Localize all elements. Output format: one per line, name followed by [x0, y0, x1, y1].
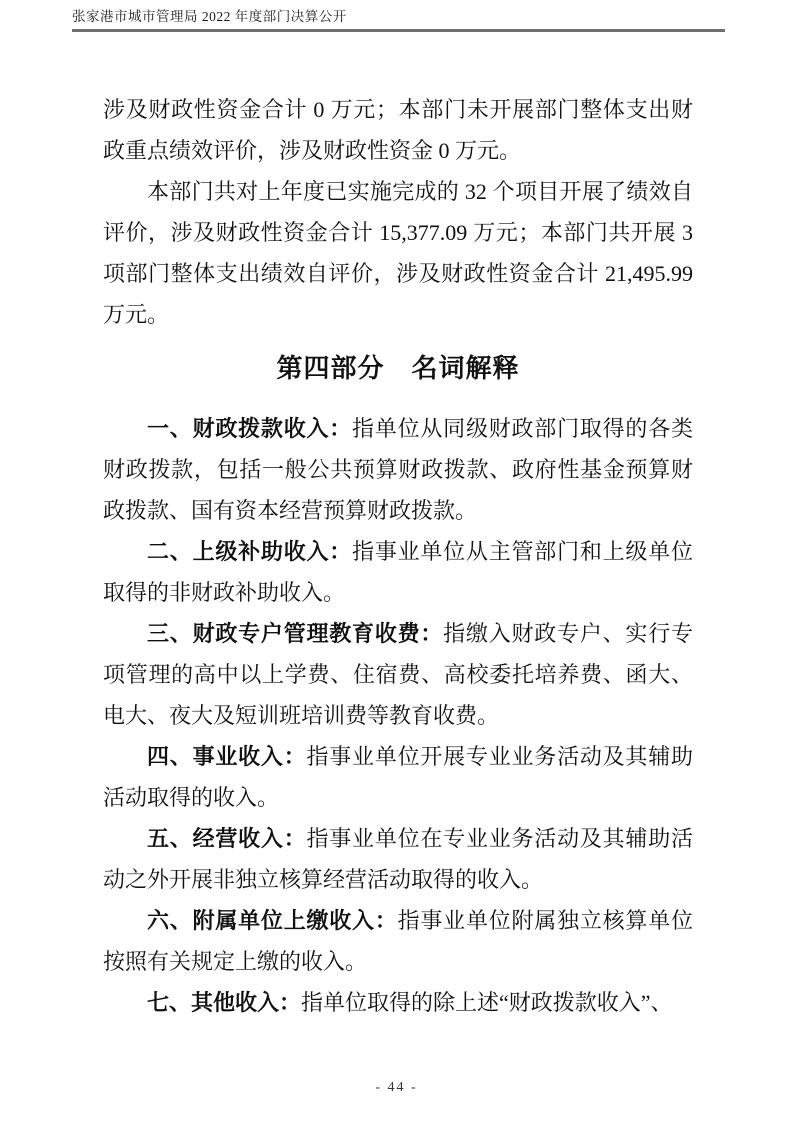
- document-header-title: 张家港市城市管理局 2022 年度部门决算公开: [72, 8, 347, 26]
- definition-term: 一、财政拨款收入：: [147, 416, 352, 441]
- definition-term: 五、经营收入：: [147, 826, 306, 851]
- definition-item: 五、经营收入：指事业单位在专业业务活动及其辅助活动之外开展非独立核算经营活动取得…: [103, 818, 693, 900]
- document-body: 涉及财政性资金合计 0 万元；本部门未开展部门整体支出财政重点绩效评价，涉及财政…: [103, 89, 693, 1023]
- definition-item: 二、上级补助收入：指事业单位从主管部门和上级单位取得的非财政补助收入。: [103, 531, 693, 613]
- definition-item: 四、事业收入：指事业单位开展专业业务活动及其辅助活动取得的收入。: [103, 736, 693, 818]
- paragraph: 本部门共对上年度已实施完成的 32 个项目开展了绩效自评价，涉及财政性资金合计 …: [103, 171, 693, 335]
- section-heading: 第四部分 名词解释: [103, 349, 693, 389]
- definition-item: 三、财政专户管理教育收费：指缴入财政专户、实行专项管理的高中以上学费、住宿费、高…: [103, 613, 693, 736]
- document-page: 张家港市城市管理局 2022 年度部门决算公开 涉及财政性资金合计 0 万元；本…: [0, 0, 793, 1122]
- definition-term: 三、财政专户管理教育收费：: [147, 621, 443, 646]
- definition-term: 六、附属单位上缴收入：: [147, 908, 398, 933]
- page-number: - 44 -: [0, 1080, 793, 1096]
- header-divider-rule: [72, 29, 725, 32]
- definition-item: 六、附属单位上缴收入：指事业单位附属独立核算单位按照有关规定上缴的收入。: [103, 900, 693, 982]
- paragraph: 涉及财政性资金合计 0 万元；本部门未开展部门整体支出财政重点绩效评价，涉及财政…: [103, 89, 693, 171]
- definition-term: 七、其他收入：: [147, 990, 301, 1015]
- definition-term: 四、事业收入：: [147, 744, 306, 769]
- definition-text: 指单位取得的除上述“财政拨款收入”、: [301, 990, 673, 1015]
- definition-item: 七、其他收入：指单位取得的除上述“财政拨款收入”、: [103, 982, 693, 1023]
- definition-item: 一、财政拨款收入：指单位从同级财政部门取得的各类财政拨款，包括一般公共预算财政拨…: [103, 408, 693, 531]
- definition-term: 二、上级补助收入：: [147, 539, 352, 564]
